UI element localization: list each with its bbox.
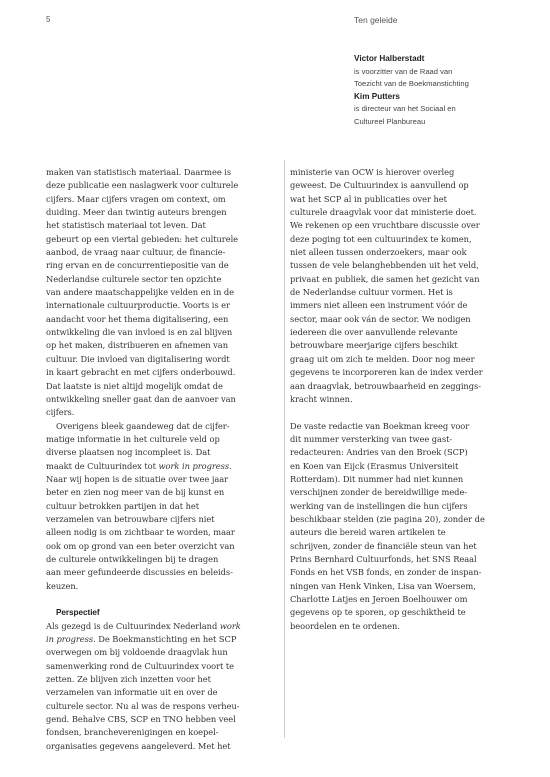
text-line: deze poging tot een cultuurindex te kome… <box>290 233 528 246</box>
text-line: fondsen, brancheverenigingen en koepel- <box>46 726 282 739</box>
text-line: organisaties gegevens aangeleverd. Met h… <box>46 740 282 753</box>
text-line: Overigens bleek gaandeweg dat de cijfer- <box>46 420 282 433</box>
text-line: ontwikkeling die van invloed is en zal b… <box>46 326 282 339</box>
text-line: Als gezegd is de Cultuurindex Nederland … <box>46 620 282 633</box>
spacer <box>46 593 282 606</box>
text-line: gegevens te incorporeren kan de index ve… <box>290 366 528 379</box>
text-line: diverse plaatsen nog incompleet is. Dat <box>46 446 282 459</box>
author-credits: Victor Halberstadt is voorzitter van de … <box>354 53 534 129</box>
text-line: schrijven, zonder de financiële steun va… <box>290 540 528 553</box>
text-line: Rotterdam). Dit nummer had niet kunnen <box>290 473 528 486</box>
text-run: . De Boekmanstichting en het SCP <box>93 634 236 644</box>
text-line: internationale cultuurproductie. Voorts … <box>46 299 282 312</box>
text-line: graag uit om zich te melden. Door nog me… <box>290 353 528 366</box>
paragraph: De vaste redactie van Boekman kreeg voor… <box>290 420 528 634</box>
paragraph: ministerie van OCW is hierover overleg g… <box>290 166 528 406</box>
author-role-line: Cultureel Planbureau <box>354 116 534 129</box>
document-page: 5 Ten geleide Victor Halberstadt is voor… <box>0 0 550 777</box>
author-role-line: is directeur van het Sociaal en <box>354 103 534 116</box>
text-line: wat het SCP al in publicaties over het <box>290 193 528 206</box>
text-line: deze publicatie een naslagwerk voor cult… <box>46 179 282 192</box>
text-line: gend. Behalve CBS, SCP en TNO hebben vee… <box>46 713 282 726</box>
author-role-line: Toezicht van de Boekmanstichting <box>354 78 534 91</box>
text-line: verzamelen van informatie uit en over de <box>46 686 282 699</box>
text-line: maken van statistisch materiaal. Daarmee… <box>46 166 282 179</box>
emphasis-text: in progress <box>46 634 93 644</box>
column-divider <box>284 160 285 738</box>
text-line: ministerie van OCW is hierover overleg <box>290 166 528 179</box>
text-line: We rekenen op een vruchtbare discussie o… <box>290 219 528 232</box>
text-line: culturele sector. Nu al was de respons v… <box>46 700 282 713</box>
text-run: maakt de Cultuurindex tot <box>46 461 159 471</box>
text-line: cultuur. Die invloed van digitalisering … <box>46 353 282 366</box>
text-line: werking van de instellingen die hun cijf… <box>290 500 528 513</box>
right-column: ministerie van OCW is hierover overleg g… <box>290 166 528 633</box>
text-line: gebeurt op een viertal gebieden: het cul… <box>46 233 282 246</box>
text-line: ring ervan en de concurrentiepositie van… <box>46 259 282 272</box>
text-line: ontwikkeling sneller gaat dan de aanvoer… <box>46 393 282 406</box>
text-line: overwegen om bij voldoende draagvlak hun <box>46 646 282 659</box>
text-line: Charlotte Latjes en Jeroen Boelhouwer om <box>290 593 528 606</box>
text-line: het statistisch materiaal tot leven. Dat <box>46 219 282 232</box>
text-line: en Koen van Eijck (Erasmus Universiteit <box>290 460 528 473</box>
text-line: niet alleen tussen onderzoekers, maar oo… <box>290 246 528 259</box>
paragraph: maken van statistisch materiaal. Daarmee… <box>46 166 282 420</box>
text-line: ook om op grond van een beter overzicht … <box>46 540 282 553</box>
text-line: maakt de Cultuurindex tot work in progre… <box>46 460 282 473</box>
text-line: geweest. De Cultuurindex is aanvullend o… <box>290 179 528 192</box>
paragraph: Overigens bleek gaandeweg dat de cijfer-… <box>46 420 282 593</box>
page-number: 5 <box>46 15 50 24</box>
author-name: Victor Halberstadt <box>354 53 534 66</box>
emphasis-text: work in progress <box>159 461 230 471</box>
text-line: verschijnen zonder de bereidwillige mede… <box>290 486 528 499</box>
text-line: beschikbaar stelden (zie pagina 20), zon… <box>290 513 528 526</box>
text-line: tussen de vele belanghebbenden uit het v… <box>290 259 528 272</box>
text-line: aan meer gefundeerde discussies en belei… <box>46 566 282 579</box>
text-line: aandacht voor het thema digitalisering, … <box>46 313 282 326</box>
running-head: Ten geleide <box>354 15 397 25</box>
text-line: immers niet alleen een instrument vóór d… <box>290 299 528 312</box>
text-run: . <box>229 461 232 471</box>
text-line: matige informatie in het culturele veld … <box>46 433 282 446</box>
text-line: in progress. De Boekmanstichting en het … <box>46 633 282 646</box>
text-line: iedereen die over aanvullende relevante <box>290 326 528 339</box>
text-line: dit nummer versterking van twee gast- <box>290 433 528 446</box>
section-heading: Perspectief <box>46 606 282 619</box>
text-line: betrouwbare meerjarige cijfers beschikt <box>290 339 528 352</box>
author-role-line: is voorzitter van de Raad van <box>354 66 534 79</box>
text-line: zetten. Ze blijven zich inzetten voor he… <box>46 673 282 686</box>
left-column: maken van statistisch materiaal. Daarmee… <box>46 166 282 753</box>
text-line: beoordelen en te ordenen. <box>290 620 528 633</box>
author-name: Kim Putters <box>354 91 534 104</box>
text-line: sector, maar ook ván de sector. We nodig… <box>290 313 528 326</box>
text-line: op het maken, distribueren en afnemen va… <box>46 339 282 352</box>
text-line: Naar wij hopen is de situatie over twee … <box>46 473 282 486</box>
text-line: aanbod, de vraag naar cultuur, de financ… <box>46 246 282 259</box>
text-line: gegevens op te sporen, op geschiktheid t… <box>290 606 528 619</box>
text-line: in kaart gebracht en met cijfers onderbo… <box>46 366 282 379</box>
text-line: alleen nodig is om zichtbaar te worden, … <box>46 526 282 539</box>
text-line: redacteuren: Andries van den Broek (SCP) <box>290 446 528 459</box>
text-line: van andere maatschappelijke velden en in… <box>46 286 282 299</box>
emphasis-text: work <box>220 621 241 631</box>
text-line: cultuur betrokken partijen in dat het <box>46 500 282 513</box>
text-line: cijfers. <box>46 406 282 419</box>
text-line: samenwerking rond de Cultuurindex voort … <box>46 660 282 673</box>
text-line: auteurs die bereid waren artikelen te <box>290 526 528 539</box>
spacer <box>290 406 528 419</box>
text-line: beter en zien nog meer van de bij kunst … <box>46 486 282 499</box>
text-line: kracht winnen. <box>290 393 528 406</box>
text-line: privaat en publiek, die samen het gezich… <box>290 273 528 286</box>
text-line: de Nederlandse cultuur vormen. Het is <box>290 286 528 299</box>
text-line: keuzen. <box>46 580 282 593</box>
text-line: culturele draagvlak voor dat ministerie … <box>290 206 528 219</box>
text-line: De vaste redactie van Boekman kreeg voor <box>290 420 528 433</box>
paragraph: Als gezegd is de Cultuurindex Nederland … <box>46 620 282 753</box>
text-line: ningen van Henk Vinken, Lisa van Woersem… <box>290 580 528 593</box>
text-line: de culturele ontwikkelingen bij te drage… <box>46 553 282 566</box>
text-run: Als gezegd is de Cultuurindex Nederland <box>46 621 220 631</box>
text-line: Dat laatste is niet altijd mogelijk omda… <box>46 380 282 393</box>
text-line: duiding. Meer dan twintig auteurs brenge… <box>46 206 282 219</box>
text-line: Nederlandse culturele sector ten opzicht… <box>46 273 282 286</box>
text-line: Fonds en het VSB fonds, en zonder de ins… <box>290 566 528 579</box>
text-line: aan draagvlak, betrouwbaarheid en zeggin… <box>290 380 528 393</box>
text-line: verzamelen van betrouwbare cijfers niet <box>46 513 282 526</box>
text-line: Prins Bernhard Cultuurfonds, het SNS Rea… <box>290 553 528 566</box>
text-line: cijfers. Maar cijfers vragen om context,… <box>46 193 282 206</box>
